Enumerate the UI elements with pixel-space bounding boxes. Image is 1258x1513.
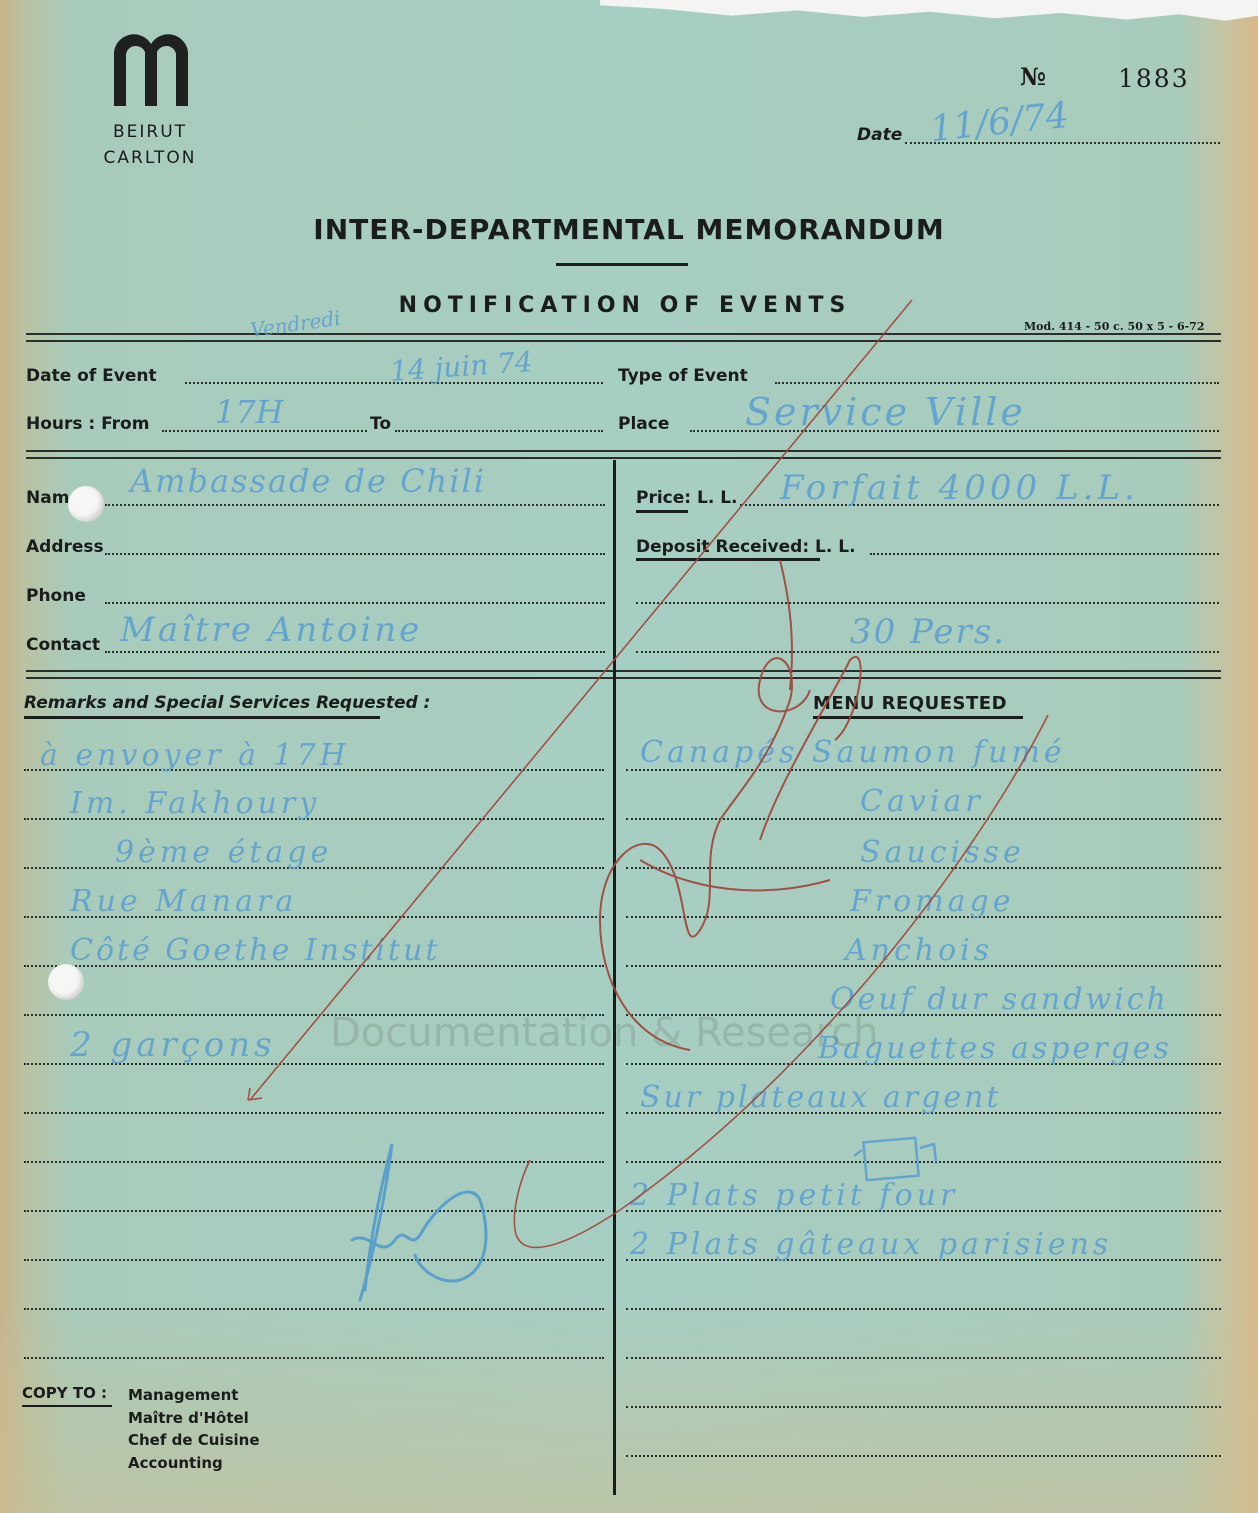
handwriting-overlay [0,0,1258,1513]
box-sketch-icon [854,1138,936,1180]
signature-icon [352,1144,486,1300]
cancel-signature-icon [600,560,861,1050]
strike-through-lines [248,300,1048,1247]
